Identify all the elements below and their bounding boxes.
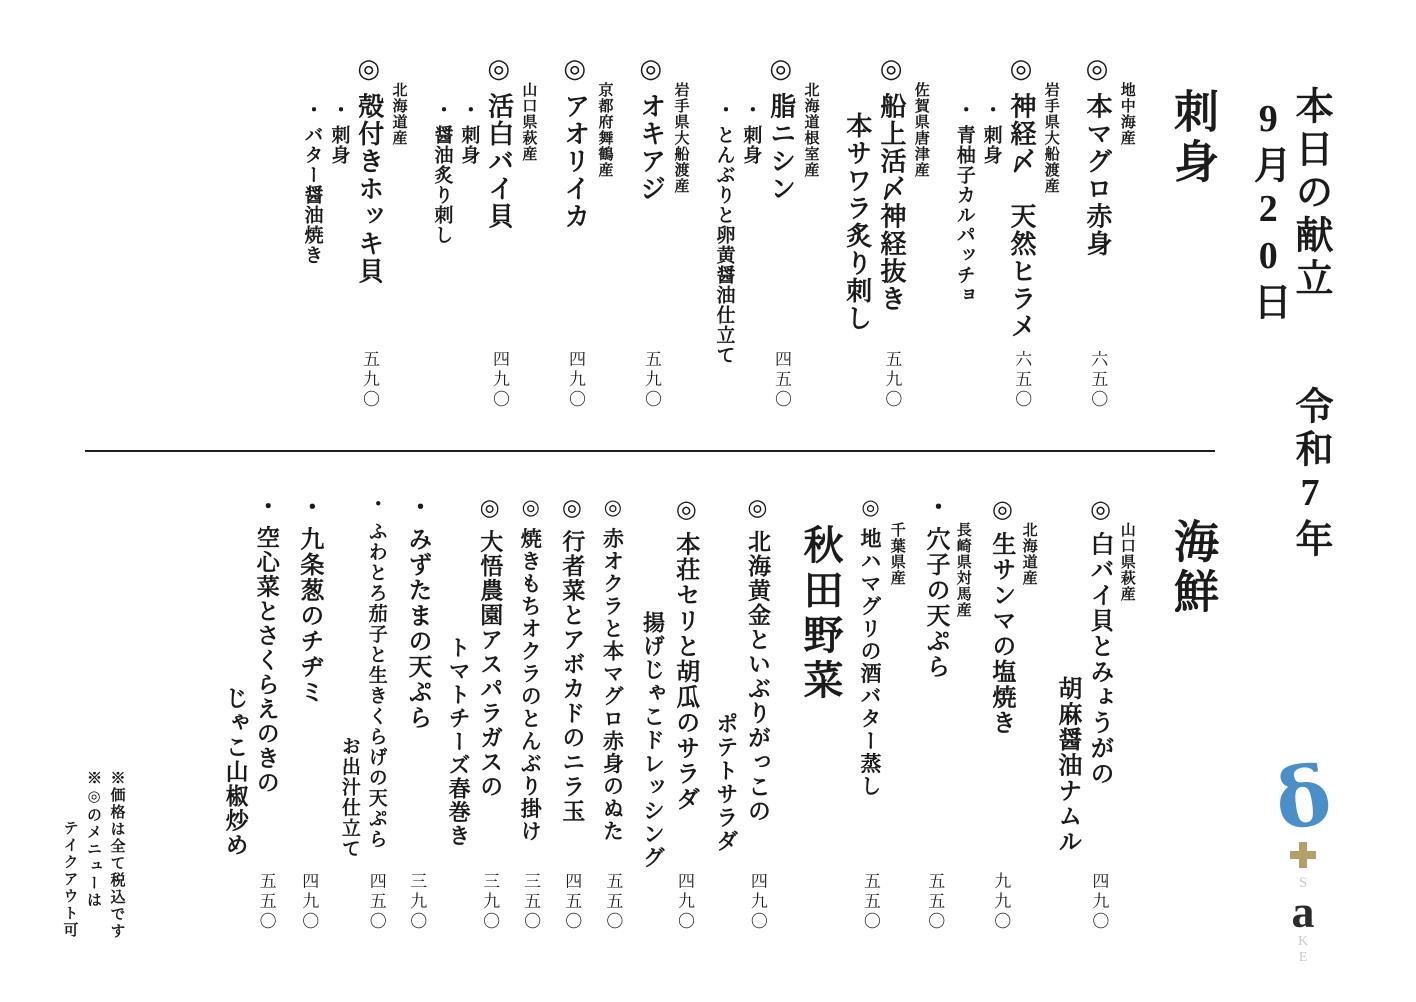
item-origin: 岩手県大船渡産 xyxy=(1042,54,1058,410)
item-origin: 北海道産 xyxy=(390,54,406,410)
item-price: 三九〇 xyxy=(480,872,498,932)
footnotes: ※価格は全て税込です ※◎のメニューは テイクアウト可 xyxy=(54,770,125,976)
item-price: 四五〇 xyxy=(772,350,790,410)
item-price: 五五〇 xyxy=(604,872,622,932)
item-name: みずたまの天ぷら xyxy=(404,527,430,731)
item-name-line2: お出汁仕立て xyxy=(339,494,359,932)
item-origin: 佐賀県唐津産 xyxy=(912,54,928,410)
item-name-line: ◎赤オクラと本マグロ赤身のぬた 五五〇 xyxy=(601,494,623,932)
item-marker: ・ xyxy=(404,494,429,520)
item-sub: ・とんぶりと卵黄醤油仕立て xyxy=(714,54,734,410)
item-name-line: ◎アオリイカ 四九〇 xyxy=(561,54,588,410)
item-name-line: ・みずたまの天ぷら 三九〇 xyxy=(404,494,429,932)
item-marker: ◎ xyxy=(519,494,541,521)
item-name: 焼きもちオクラのとんぶり掛け xyxy=(518,528,542,843)
item-name: 穴子の天ぷら xyxy=(922,527,948,680)
item-name-line: ◎活白バイ貝 四九〇 xyxy=(485,54,512,410)
item-origin: 北海道産 xyxy=(1020,494,1036,932)
menu-item: ◎北海黄金といぶりがっこの 四九〇 ポテトサラダ xyxy=(715,494,769,932)
menu-item: 北海道根室産 ◎脂ニシン 四五〇 ・刺身 ・とんぶりと卵黄醤油仕立て xyxy=(714,54,818,410)
item-price: 五九〇 xyxy=(642,350,660,410)
note-tax: ※価格は全て税込です xyxy=(108,770,125,976)
item-name-line: ・九条葱のチヂミ 四九〇 xyxy=(296,494,321,932)
bullet-icon: ・ xyxy=(954,100,974,120)
item-name-line: ◎船上活〆神経抜き 五九〇 xyxy=(878,54,905,410)
item-origin: 京都府舞鶴産 xyxy=(596,54,612,410)
item-price: 三五〇 xyxy=(521,872,539,932)
item-marker: ◎ xyxy=(601,494,623,521)
menu-item: 山口県萩産 ◎活白バイ貝 四九〇 ・刺身 ・醤油炙り刺し xyxy=(432,54,536,410)
menu-item: ・みずたまの天ぷら 三九〇 xyxy=(404,494,429,932)
item-sub-label: 刺身 xyxy=(458,125,479,165)
item-name: 脂ニシン xyxy=(767,93,796,203)
item-name-line: ◎殻付きホッキ貝 五九〇 xyxy=(355,54,382,410)
item-name-line2: 本サワラ炙り刺し xyxy=(843,54,870,410)
item-name-line: ◎生サンマの塩焼き 九九〇 xyxy=(988,494,1013,932)
menu-item: 岩手県大船渡産 ◎オキアジ 五九〇 xyxy=(637,54,687,410)
bullet-icon: ・ xyxy=(740,100,760,120)
item-marker: ◎ xyxy=(355,54,382,86)
item-sub-label: 刺身 xyxy=(981,125,1002,165)
item-name: 空心菜とさくらえのきの xyxy=(254,526,279,796)
menu-item: ◎赤オクラと本マグロ赤身のぬた 五五〇 xyxy=(601,494,623,932)
item-sub: ・バター醤油焼き xyxy=(302,54,322,410)
item-name-line: ◎北海黄金といぶりがっこの 四九〇 xyxy=(745,494,769,932)
item-name-line: ◎本マグロ赤身 六五〇 xyxy=(1084,54,1111,410)
bullet-icon: ・ xyxy=(458,100,478,120)
item-price: 四九〇 xyxy=(299,872,317,932)
item-price: 五五〇 xyxy=(925,872,943,932)
note-takeout-line1: ※◎のメニューは xyxy=(85,770,102,976)
item-origin: 山口県萩産 xyxy=(1118,494,1134,932)
menu-item: ◎大悟農園アスパラガスの 三九〇 トマトチーズ春巻き xyxy=(447,494,501,932)
item-name: 船上活〆神経抜き xyxy=(877,93,906,313)
item-price: 四五〇 xyxy=(367,872,385,932)
title-main: 本日の献立 xyxy=(1288,86,1330,301)
item-marker: ◎ xyxy=(637,54,664,86)
item-marker: ◎ xyxy=(878,54,905,86)
item-name: 本マグロ赤身 xyxy=(1083,93,1112,258)
item-name: オキアジ xyxy=(637,93,666,203)
item-price: 四九〇 xyxy=(748,872,766,932)
item-name: 大悟農園アスパラガスの xyxy=(477,530,502,800)
item-marker: ◎ xyxy=(485,54,512,86)
item-marker: ◎ xyxy=(859,494,881,521)
logo-letter-k: K xyxy=(1298,935,1308,949)
item-name: 神経〆 天然ヒラメ xyxy=(1007,93,1036,341)
item-name: 九条葱のチヂミ xyxy=(296,527,322,706)
item-origin: 山口県萩産 xyxy=(520,54,536,410)
menu-item: 京都府舞鶴産 ◎アオリイカ 四九〇 xyxy=(561,54,611,410)
item-origin: 岩手県大船渡産 xyxy=(672,54,688,410)
item-price: 四九〇 xyxy=(1089,872,1107,932)
item-marker: ◎ xyxy=(988,494,1013,525)
bullet-icon: ・ xyxy=(329,100,349,120)
menu-item: ・空心菜とさくらえのきの 五五〇 じゃこ山椒炒め xyxy=(222,494,277,932)
item-name: 本荘セリと胡瓜のサラダ xyxy=(672,532,698,813)
menu-item: ◎本荘セリと胡瓜のサラダ 四九〇 揚げじゃこドレッシング xyxy=(641,494,696,932)
item-price: 四九〇 xyxy=(566,350,584,410)
item-name-line2: ポテトサラダ xyxy=(715,494,738,932)
item-sub-label: とんぶりと卵黄醤油仕立て xyxy=(713,125,734,365)
note-takeout-line2: テイクアウト可 xyxy=(61,770,78,976)
menu-item: 地中海産 ◎本マグロ赤身 六五〇 xyxy=(1084,54,1134,410)
item-sub: ・刺身 xyxy=(740,54,760,410)
menu-item: ◎焼きもちオクラのとんぶり掛け 三五〇 xyxy=(519,494,541,932)
item-marker: ◎ xyxy=(745,494,769,523)
menu-item: 佐賀県唐津産 ◎船上活〆神経抜き 五九〇 本サワラ炙り刺し xyxy=(843,54,927,410)
item-marker: ◎ xyxy=(1084,54,1111,86)
bullet-icon: ・ xyxy=(432,100,452,120)
item-name: ふわとろ茄子と生きくらげの天ぷら xyxy=(366,522,387,850)
item-name-line: ◎行者菜とアボカドのニラ玉 四五〇 xyxy=(559,494,583,932)
item-origin: 千葉県産 xyxy=(888,494,904,932)
logo-letter-a: a xyxy=(1292,889,1315,935)
item-price: 六五〇 xyxy=(1088,350,1106,410)
item-marker: ・ xyxy=(922,494,947,520)
menu-item: 長崎県対馬産 ・穴子の天ぷら 五五〇 xyxy=(922,494,970,932)
item-sub: ・醤油炙り刺し xyxy=(432,54,452,410)
item-origin: 地中海産 xyxy=(1118,54,1134,410)
menu-item: 山口県萩産 ◎白バイ貝とみょうがの 四九〇 胡麻醤油ナムル xyxy=(1054,494,1134,932)
item-marker: ◎ xyxy=(1008,54,1035,86)
item-sub-label: バター醤油焼き xyxy=(302,125,323,265)
section-kaisen-akita: 海鮮 山口県萩産 ◎白バイ貝とみょうがの 四九〇 胡麻醤油ナムル 北海道産 ◎生… xyxy=(85,494,1229,932)
item-marker: ・ xyxy=(254,494,278,519)
item-name-line: ・空心菜とさくらえのきの 五五〇 xyxy=(254,494,278,932)
menu-item: ・九条葱のチヂミ 四九〇 xyxy=(296,494,321,932)
item-name-line: ◎本荘セリと胡瓜のサラダ 四九〇 xyxy=(672,494,697,932)
item-price: 五九〇 xyxy=(360,350,378,410)
item-name: 赤オクラと本マグロ赤身のぬた xyxy=(600,528,624,843)
menu-item: ◎行者菜とアボカドのニラ玉 四五〇 xyxy=(559,494,583,932)
item-price: 四九〇 xyxy=(675,872,693,932)
item-name-line2: トマトチーズ春巻き xyxy=(447,494,470,932)
item-sub-label: 醤油炙り刺し xyxy=(431,125,452,245)
item-name-line2: 揚げじゃこドレッシング xyxy=(641,494,664,932)
item-marker: ◎ xyxy=(1086,494,1111,525)
item-name: 北海黄金といぶりがっこの xyxy=(745,530,770,824)
item-name-line2: 胡麻醤油ナムル xyxy=(1054,494,1079,932)
item-name: 殻付きホッキ貝 xyxy=(355,93,384,286)
item-name-line: ◎オキアジ 五九〇 xyxy=(637,54,664,410)
page-title: 本日の献立 令和7年 9月20日 xyxy=(1246,86,1330,776)
item-origin: 長崎県対馬産 xyxy=(954,494,970,932)
item-name-line: ◎地ハマグリの酒バター蒸し 五五〇 xyxy=(859,494,881,932)
logo: δ S a K E xyxy=(1272,762,1334,965)
item-name: 地ハマグリの酒バター蒸し xyxy=(858,528,882,798)
bullet-icon: ・ xyxy=(714,100,734,120)
plus-icon xyxy=(1290,842,1316,868)
item-price: 四九〇 xyxy=(490,350,508,410)
logo-wordmark: S a K E xyxy=(1292,876,1315,965)
menu-item: 千葉県産 ◎地ハマグリの酒バター蒸し 五五〇 xyxy=(859,494,904,932)
logo-mark-icon: δ xyxy=(1271,759,1335,840)
item-marker: ・ xyxy=(296,494,321,520)
item-sub: ・青柚子カルパッチョ xyxy=(954,54,974,410)
item-name: 白バイ貝とみょうがの xyxy=(1086,532,1112,787)
item-price: 五五〇 xyxy=(861,872,879,932)
section-heading-sashimi: 刺身 xyxy=(1168,54,1215,410)
menu-item: ・ふわとろ茄子と生きくらげの天ぷら 四五〇 お出汁仕立て xyxy=(339,494,386,932)
item-marker: ◎ xyxy=(559,494,583,523)
bullet-icon: ・ xyxy=(981,100,1001,120)
section-divider xyxy=(85,450,1215,452)
item-name-line: ◎大悟農園アスパラガスの 三九〇 xyxy=(477,494,501,932)
title-date: 9月20日 xyxy=(1246,98,1288,325)
item-price: 五九〇 xyxy=(882,350,900,410)
item-price: 三九〇 xyxy=(407,872,425,932)
item-sub: ・刺身 xyxy=(981,54,1001,410)
menu-item: 北海道産 ◎殻付きホッキ貝 五九〇 ・刺身 ・バター醤油焼き xyxy=(302,54,406,410)
item-marker: ◎ xyxy=(477,494,501,523)
title-era: 令和7年 xyxy=(1288,386,1330,562)
item-name: 生サンマの塩焼き xyxy=(988,532,1014,736)
logo-letter-e: E xyxy=(1299,951,1308,965)
menu-item: 北海道産 ◎生サンマの塩焼き 九九〇 xyxy=(988,494,1036,932)
item-sub-label: 青柚子カルパッチョ xyxy=(954,125,975,305)
item-name-line: ◎脂ニシン 四五〇 xyxy=(767,54,794,410)
item-marker: ◎ xyxy=(672,494,697,525)
bullet-icon: ・ xyxy=(302,100,322,120)
item-sub: ・刺身 xyxy=(329,54,349,410)
item-name: アオリイカ xyxy=(561,93,590,231)
item-name: 行者菜とアボカドのニラ玉 xyxy=(559,530,584,824)
item-price: 六五〇 xyxy=(1012,350,1030,410)
plus-bar-horizontal xyxy=(1290,851,1316,859)
menu-page: 本日の献立 令和7年 9月20日 刺身 地中海産 ◎本マグロ赤身 六五〇 岩手県… xyxy=(0,0,1416,1002)
item-marker: ◎ xyxy=(767,54,794,86)
item-sub-label: 刺身 xyxy=(328,125,349,165)
item-name-line2: じゃこ山椒炒め xyxy=(222,494,246,932)
item-marker: ・ xyxy=(366,494,386,515)
item-price: 四五〇 xyxy=(562,872,580,932)
item-price: 九九〇 xyxy=(991,872,1009,932)
item-price: 五五〇 xyxy=(257,872,275,932)
item-name-line: ◎白バイ貝とみょうがの 四九〇 xyxy=(1086,494,1111,932)
item-origin: 北海道根室産 xyxy=(802,54,818,410)
item-sub-label: 刺身 xyxy=(740,125,761,165)
section-sashimi: 刺身 地中海産 ◎本マグロ赤身 六五〇 岩手県大船渡産 ◎神経〆 天然ヒラメ 六… xyxy=(85,54,1215,410)
item-name-line: ◎焼きもちオクラのとんぶり掛け 三五〇 xyxy=(519,494,541,932)
item-marker: ◎ xyxy=(561,54,588,86)
item-name-line: ◎神経〆 天然ヒラメ 六五〇 xyxy=(1008,54,1035,410)
item-name: 活白バイ貝 xyxy=(485,93,514,231)
section-heading-akita: 秋田野菜 xyxy=(799,494,841,932)
item-sub: ・刺身 xyxy=(458,54,478,410)
section-heading-kaisen: 海鮮 xyxy=(1168,494,1215,932)
item-name-line: ・穴子の天ぷら 五五〇 xyxy=(922,494,947,932)
menu-item: 岩手県大船渡産 ◎神経〆 天然ヒラメ 六五〇 ・刺身 ・青柚子カルパッチョ xyxy=(954,54,1058,410)
item-name-line: ・ふわとろ茄子と生きくらげの天ぷら 四五〇 xyxy=(366,494,386,932)
